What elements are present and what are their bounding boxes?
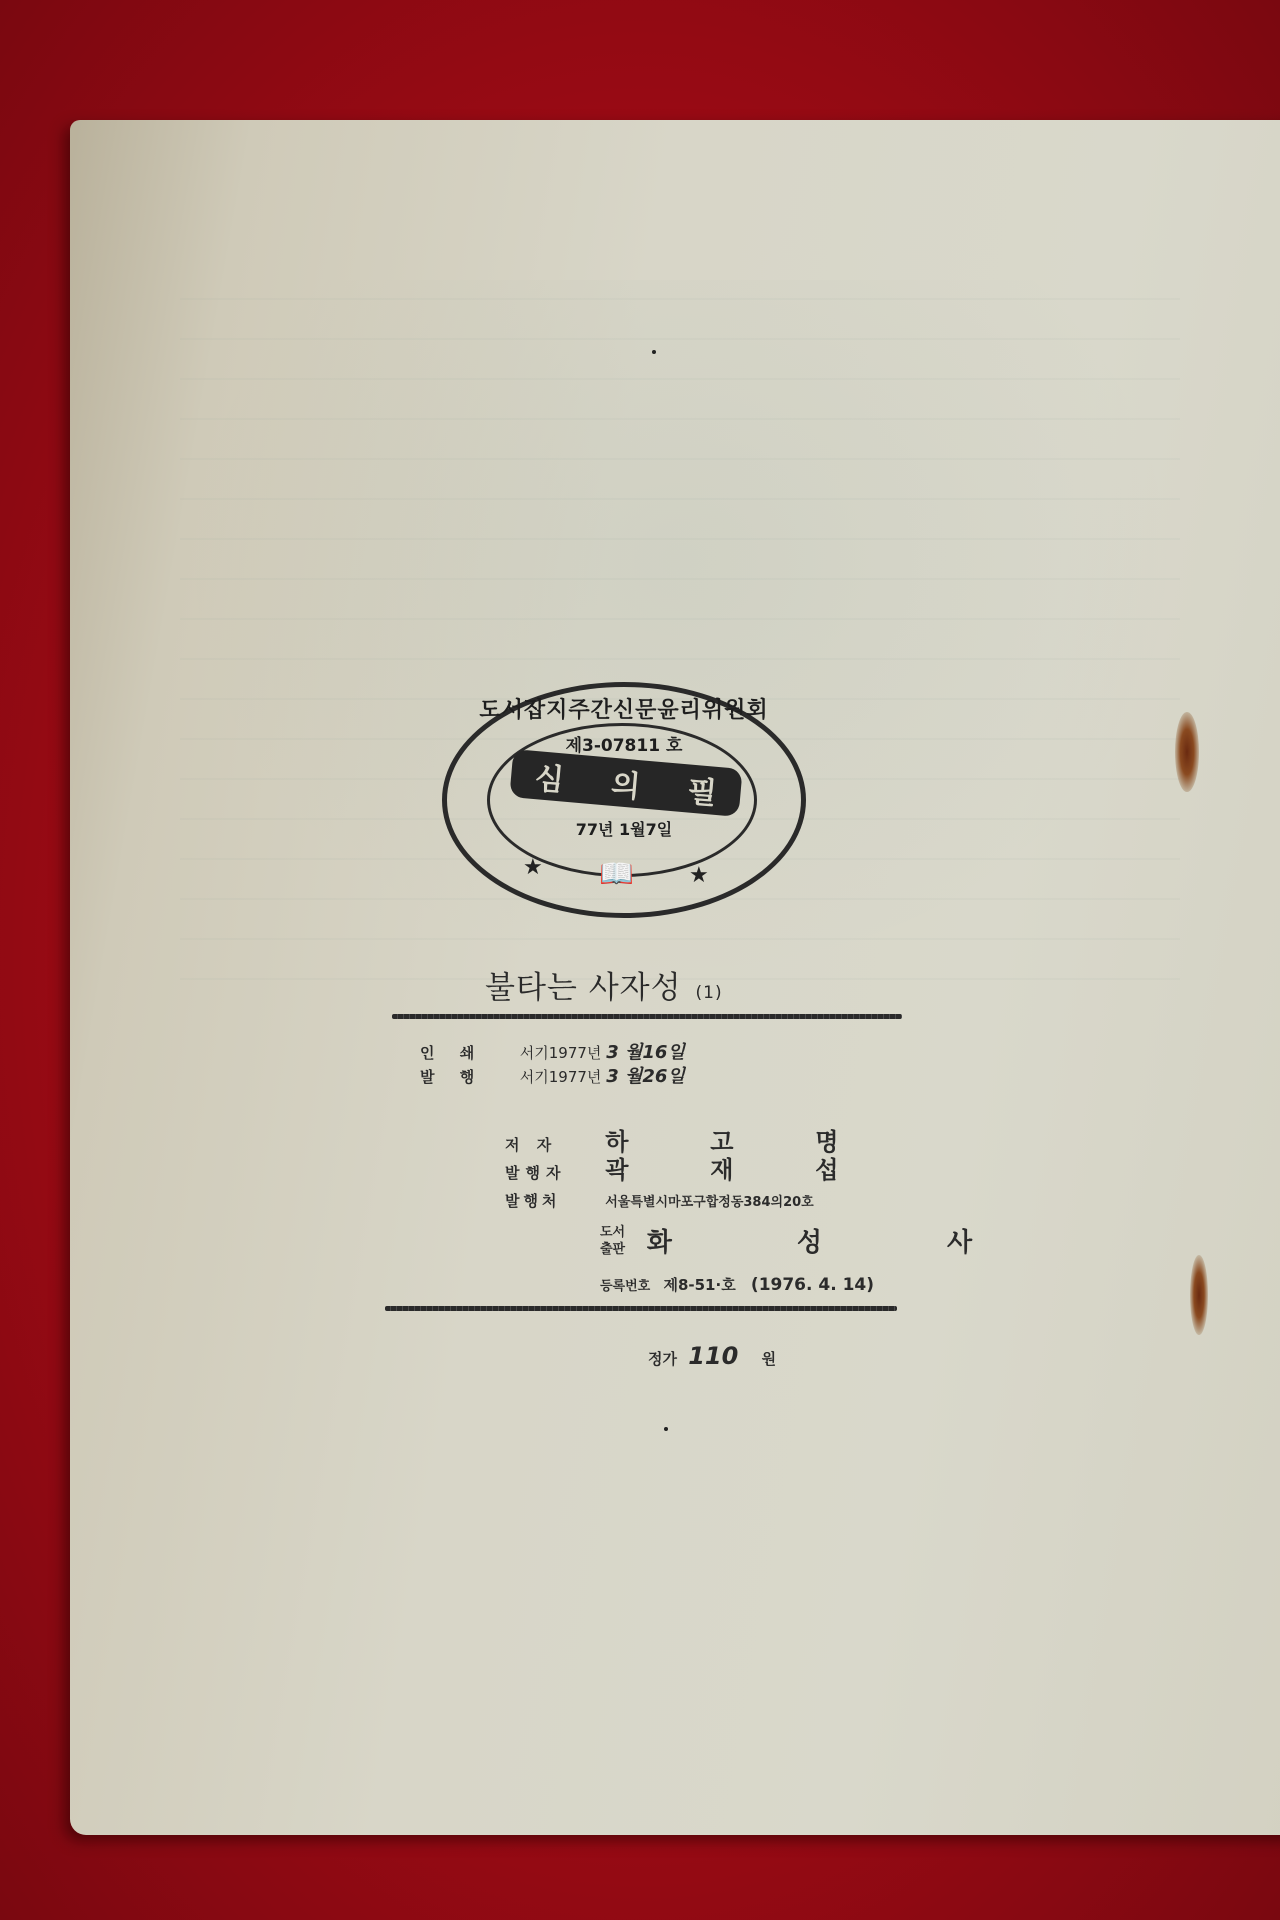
ink-speck xyxy=(652,350,656,354)
publisher-row: 발행자 곽재섭 xyxy=(505,1150,920,1185)
price-row: 정가 110 원 xyxy=(648,1342,776,1370)
stamp-char: 필 xyxy=(686,766,719,812)
star-icon: ★ xyxy=(523,855,543,880)
book-title: 불타는 사자성(1) xyxy=(485,962,723,1007)
stamp-date: 77년 1월7일 xyxy=(447,817,801,840)
volume-number: (1) xyxy=(696,983,723,1003)
registration-label: 등록번호 xyxy=(600,1279,650,1294)
publish-date-handwritten: 3 월26일 xyxy=(606,1062,685,1088)
publisher-type-line1: 도서 xyxy=(600,1225,625,1240)
rust-staple-stain xyxy=(1175,712,1199,792)
publish-date-row: 발 행 서기1977년 3 월26일 xyxy=(420,1062,685,1088)
book-title-text: 불타는 사자성 xyxy=(485,970,682,1006)
publisher-type-line2: 출판 xyxy=(600,1242,625,1257)
publisher-name-char: 곽 xyxy=(605,1150,710,1185)
publisher-house-name: 화 성 사 xyxy=(647,1222,1030,1259)
print-date-label: 인 쇄 xyxy=(420,1042,515,1063)
print-date-row: 인 쇄 서기1977년 3 월16일 xyxy=(420,1038,685,1064)
registration-number: 제8-51·호 xyxy=(663,1276,735,1294)
publishing-office-address: 서울특별시마포구합정동384의20호 xyxy=(605,1195,813,1210)
publisher-type-label: 도서 출판 xyxy=(600,1224,625,1258)
stamp-char: 심 xyxy=(533,753,566,799)
publish-date-label: 발 행 xyxy=(420,1066,515,1087)
print-date-prefix: 서기1977년 xyxy=(520,1042,602,1063)
rust-staple-stain xyxy=(1190,1255,1208,1335)
stamp-number: 제3-07811 호 xyxy=(447,731,801,756)
publisher-name-char: 섭 xyxy=(815,1150,920,1185)
publisher-label: 발행자 xyxy=(505,1162,600,1183)
star-icon: ★ xyxy=(689,863,709,888)
divider-rule xyxy=(385,1306,897,1311)
publisher-name-char: 재 xyxy=(710,1150,815,1185)
registration-date: (1976. 4. 14) xyxy=(751,1275,874,1295)
publishing-office-row: 발행처 서울특별시마포구합정동384의20호 xyxy=(505,1190,814,1211)
open-book-icon: 📖 xyxy=(599,857,634,890)
price-amount: 110 xyxy=(688,1342,738,1370)
publisher-house-row: 도서 출판 화 성 사 xyxy=(600,1222,1030,1259)
publishing-office-label: 발행처 xyxy=(505,1190,600,1211)
stamp-ring-text: 도서잡지주간신문윤리위원회 xyxy=(447,693,801,724)
stamp-char: 의 xyxy=(610,760,643,806)
divider-rule xyxy=(392,1014,902,1019)
price-label: 정가 xyxy=(648,1350,677,1368)
price-unit: 원 xyxy=(762,1350,777,1368)
ethics-committee-stamp: 도서잡지주간신문윤리위원회 제3-07811 호 심 의 필 77년 1월7일 … xyxy=(442,682,806,918)
registration-row: 등록번호 제8-51·호 (1976. 4. 14) xyxy=(600,1274,874,1295)
ink-speck xyxy=(664,1427,668,1431)
print-date-handwritten: 3 월16일 xyxy=(606,1038,685,1064)
publish-date-prefix: 서기1977년 xyxy=(520,1066,602,1087)
